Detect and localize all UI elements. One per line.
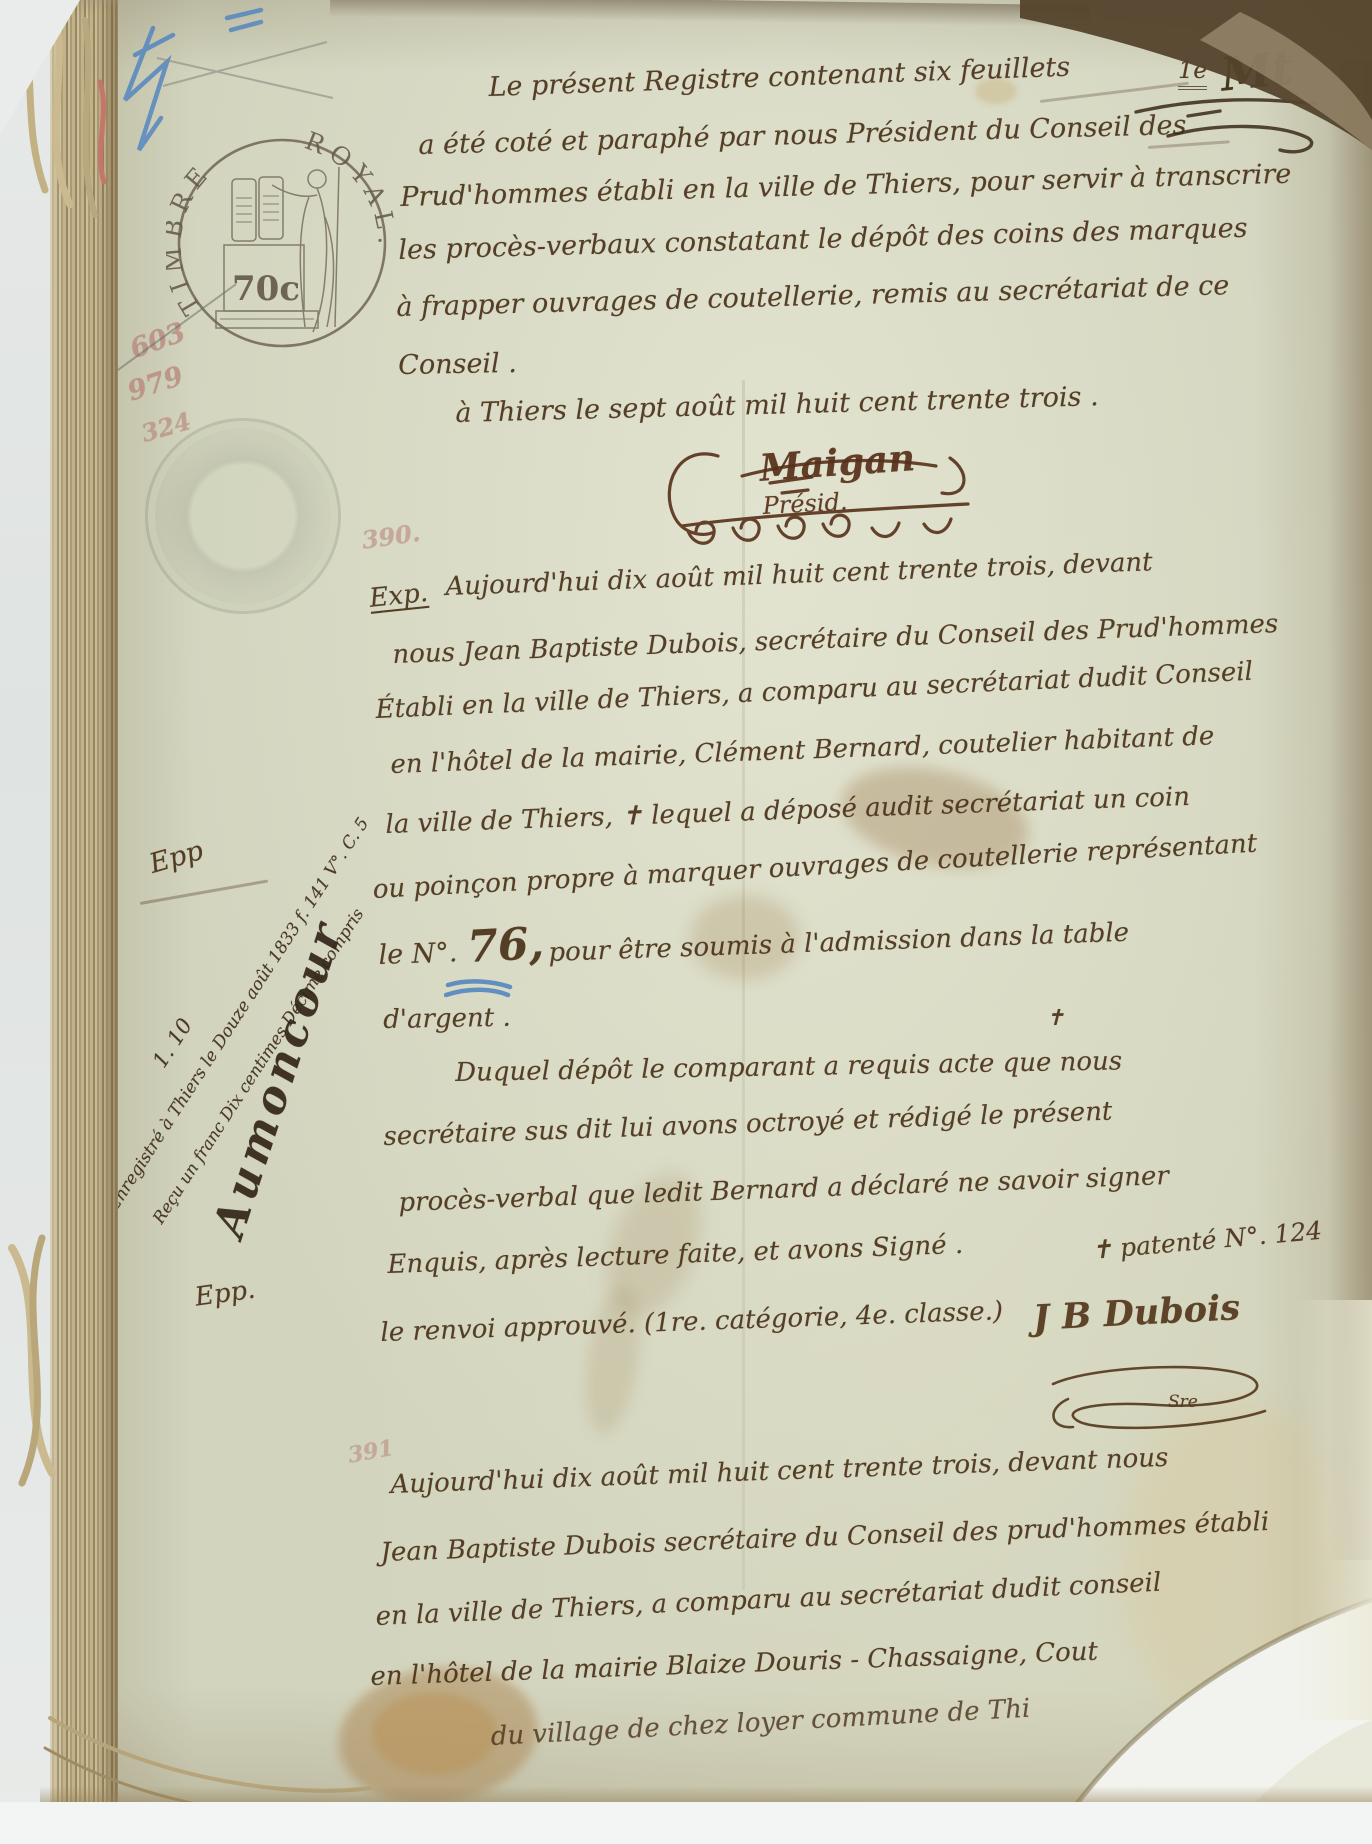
- red-thread: [100, 82, 104, 182]
- photo-background-bottom: [0, 1802, 1372, 1844]
- manuscript-line: d'argent .: [383, 1003, 511, 1035]
- blue-underline-mark: [444, 976, 516, 1004]
- secretary-signature-title: Sre: [1168, 1392, 1198, 1412]
- secretary-signature-flourish: [1038, 1348, 1278, 1436]
- photo-background-left: [0, 0, 50, 1844]
- stamp-value: 70c: [232, 269, 300, 309]
- exp-margin-note: Exp.: [368, 578, 429, 614]
- manuscript-line: Conseil .: [398, 348, 517, 381]
- binding-thread-bundle: [0, 1228, 75, 1493]
- large-stain-core: [372, 1692, 497, 1774]
- blue-pencil-scribble: [105, 0, 345, 195]
- book-page-edges: [50, 0, 118, 1812]
- right-margin-fold: [1296, 1300, 1372, 1720]
- mark-number-value: 76,: [466, 918, 545, 973]
- embossed-blind-stamp: [145, 418, 341, 614]
- dark-corner-top-right: [1010, 0, 1372, 160]
- signature-flourish: [620, 436, 990, 561]
- mark-number-label: le N°.: [378, 937, 458, 971]
- manuscript-photo: TIMBRE ROYAL. 70c 603: [0, 0, 1372, 1844]
- dagger-mark: ✝: [1046, 1006, 1064, 1031]
